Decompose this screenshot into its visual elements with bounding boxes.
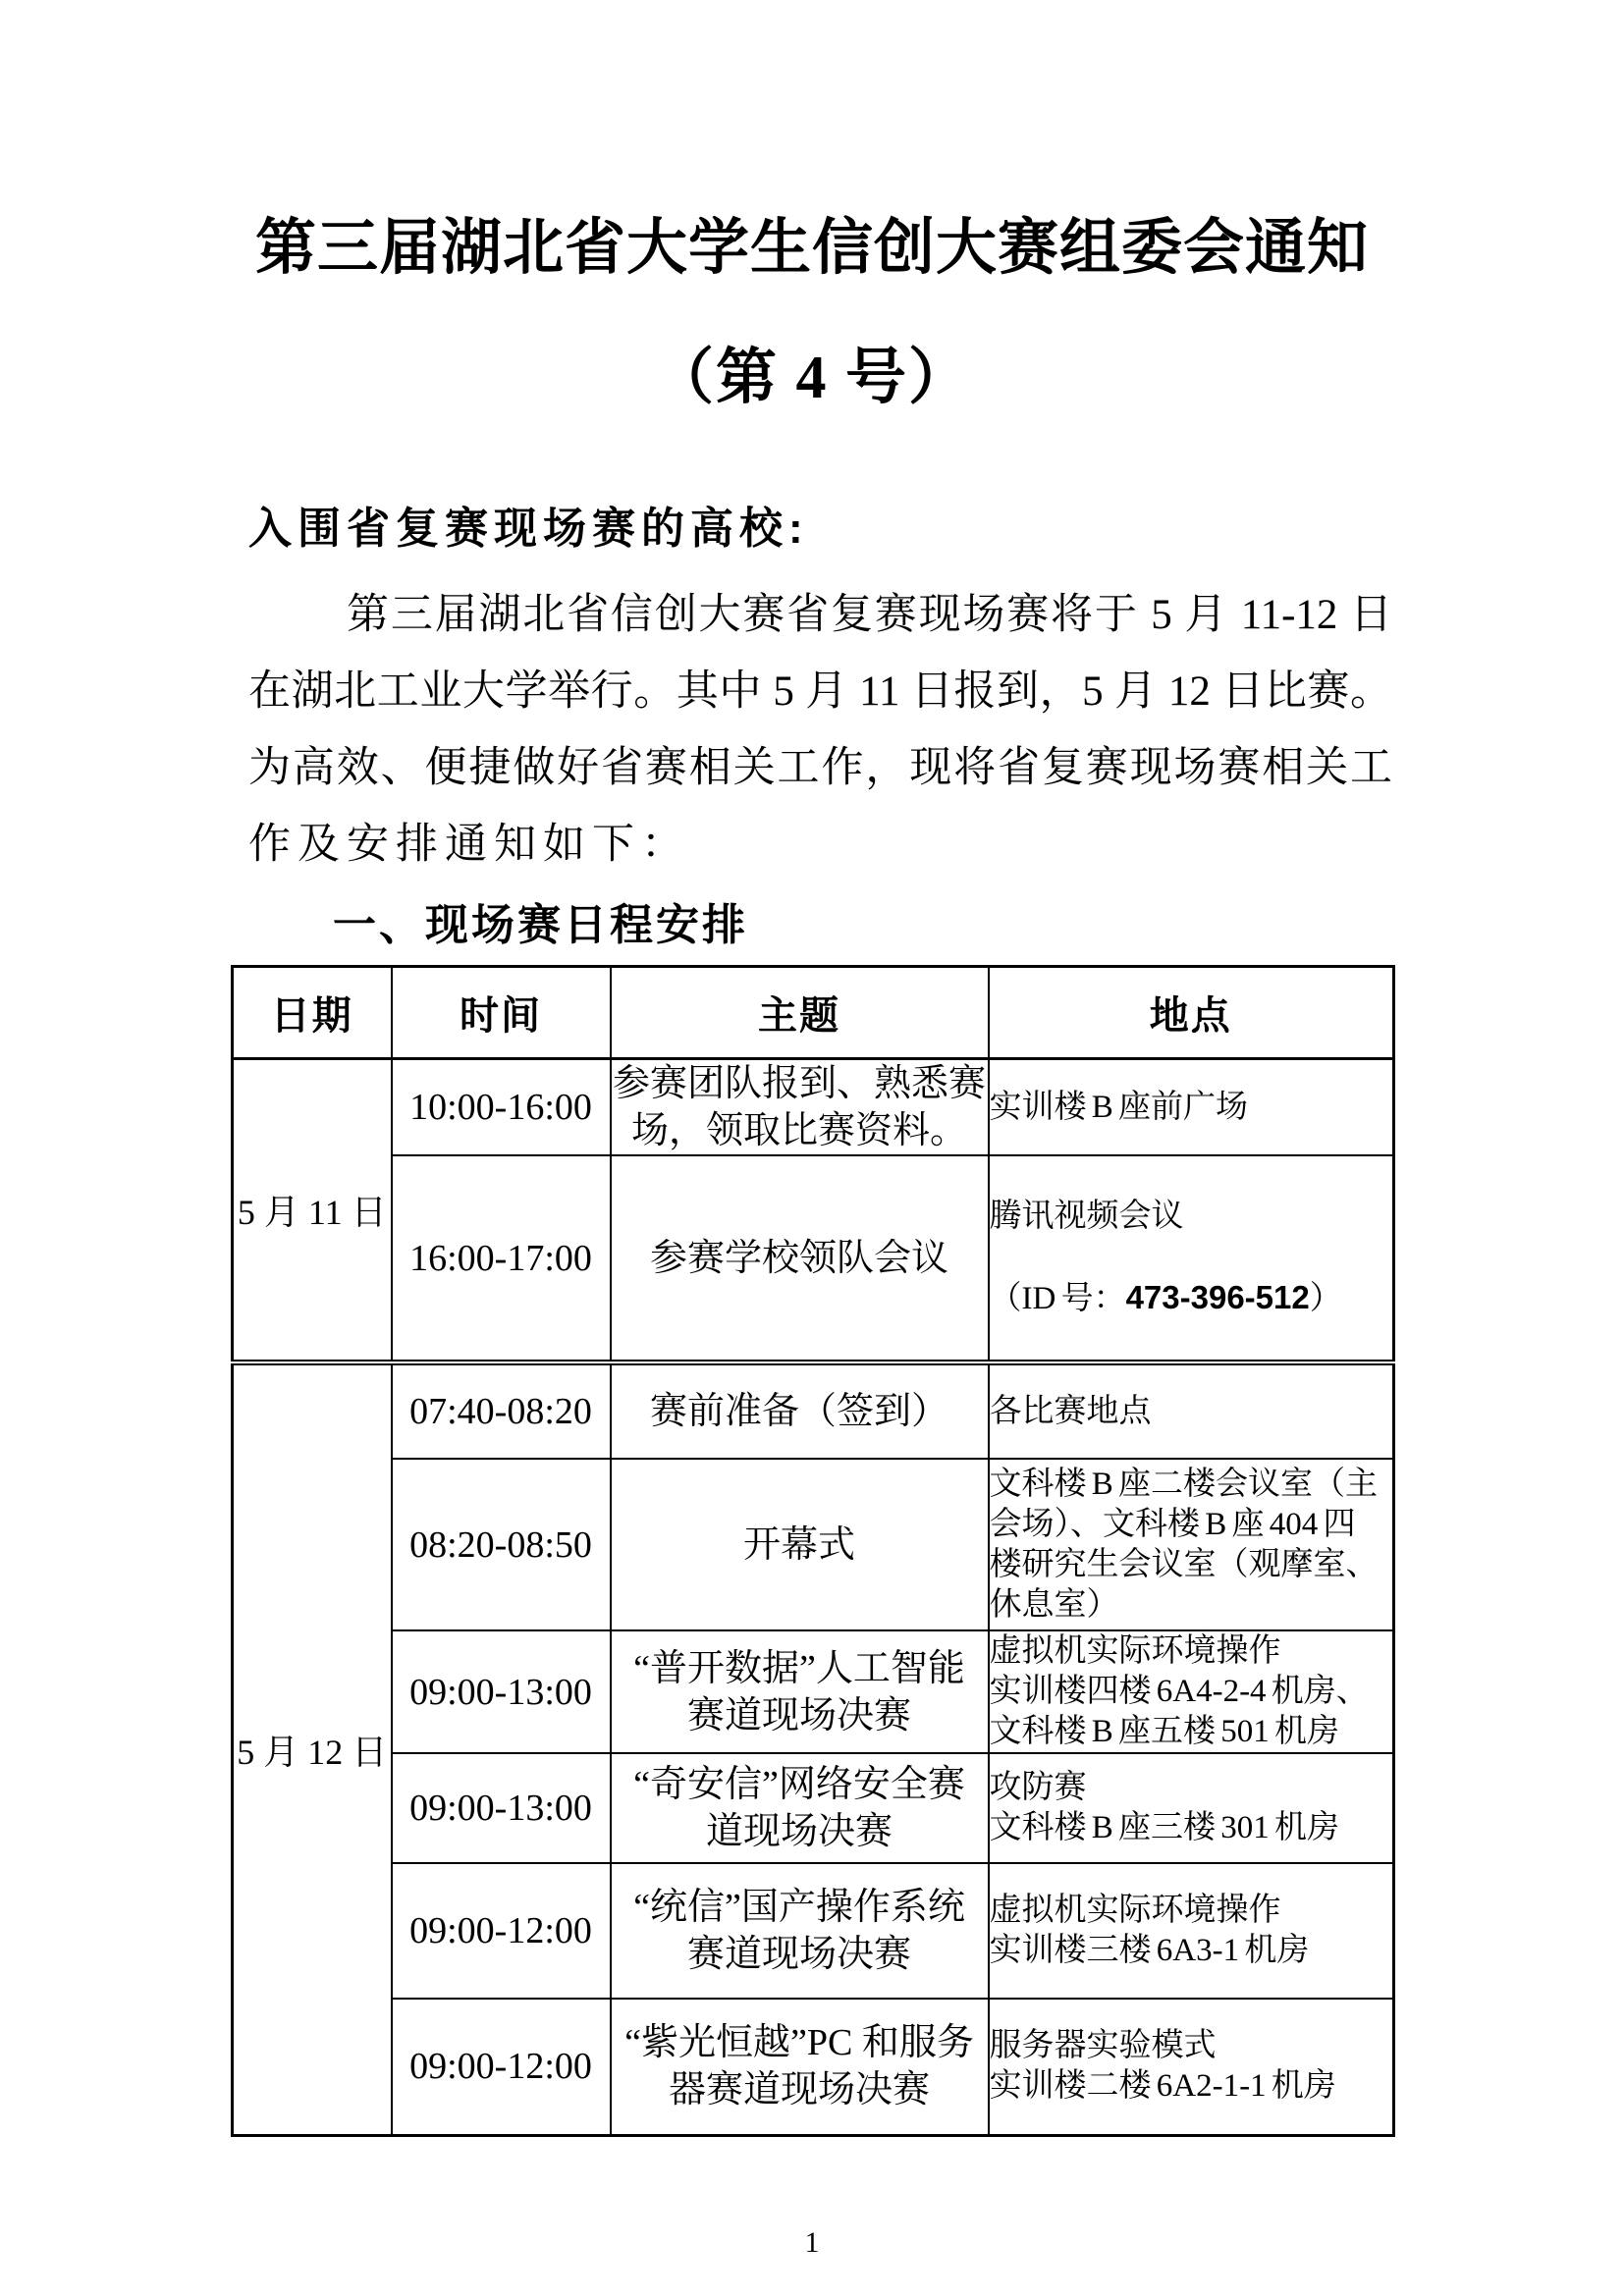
paragraph-line-1: 第三届湖北省信创大赛省复赛现场赛将于 5 月 11-12 日 [248, 577, 1392, 654]
location-cell: 虚拟机实际环境操作 实训楼四楼 6A4-2-4 机房、 文科楼 B 座五楼 50… [989, 1630, 1394, 1753]
topic-cell: “统信”国产操作系统 赛道现场决赛 [611, 1863, 989, 1999]
table-row: 5 月 12 日 07:40-08:20 赛前准备（签到） 各比赛地点 [233, 1362, 1394, 1459]
topic-cell: 开幕式 [611, 1459, 989, 1630]
topic-cell: 参赛团队报到、熟悉赛 场，领取比赛资料。 [611, 1059, 989, 1156]
location-cell: 文科楼 B 座二楼会议室（主 会场）、文科楼 B 座 404 四 楼研究生会议室… [989, 1459, 1394, 1630]
date-cell-may-12: 5 月 12 日 [233, 1362, 392, 2135]
topic-cell: 参赛学校领队会议 [611, 1155, 989, 1362]
table-row: 09:00-13:00 “奇安信”网络安全赛 道现场决赛 攻防赛 文科楼 B 座… [233, 1753, 1394, 1863]
time-cell: 09:00-13:00 [392, 1753, 611, 1863]
location-line: 腾讯视频会议 [990, 1197, 1393, 1237]
meeting-id-line: （ID 号：473-396-512） [990, 1277, 1393, 1319]
schedule-table: 日期 时间 主题 地点 5 月 11 日 10:00-16:00 参赛团队报到、… [231, 965, 1395, 2137]
table-header-time: 时间 [392, 967, 611, 1059]
intro-paragraph: 第三届湖北省信创大赛省复赛现场赛将于 5 月 11-12 日 在湖北工业大学举行… [248, 577, 1392, 883]
table-row: 09:00-12:00 “紫光恒越”PC 和服务 器赛道现场决赛 服务器实验模式… [233, 1999, 1394, 2135]
location-cell: 攻防赛 文科楼 B 座三楼 301 机房 [989, 1753, 1394, 1863]
document-page: 第三届湖北省大学生信创大赛组委会通知 （第 4 号） 入围省复赛现场赛的高校: … [0, 0, 1624, 2296]
document-subtitle: （第 4 号） [0, 336, 1624, 420]
time-cell: 09:00-12:00 [392, 1999, 611, 2135]
time-cell: 09:00-12:00 [392, 1863, 611, 1999]
table-header-location: 地点 [989, 967, 1394, 1059]
location-cell: 各比赛地点 [989, 1362, 1394, 1459]
table-row: 5 月 11 日 10:00-16:00 参赛团队报到、熟悉赛 场，领取比赛资料… [233, 1059, 1394, 1156]
table-row: 08:20-08:50 开幕式 文科楼 B 座二楼会议室（主 会场）、文科楼 B… [233, 1459, 1394, 1630]
table-row: 16:00-17:00 参赛学校领队会议 腾讯视频会议 （ID 号：473-39… [233, 1155, 1394, 1362]
time-cell: 16:00-17:00 [392, 1155, 611, 1362]
salutation: 入围省复赛现场赛的高校: [248, 501, 1392, 558]
time-cell: 10:00-16:00 [392, 1059, 611, 1156]
meeting-id-number: 473-396-512 [1126, 1279, 1310, 1315]
time-cell: 09:00-13:00 [392, 1630, 611, 1753]
table-row: 09:00-12:00 “统信”国产操作系统 赛道现场决赛 虚拟机实际环境操作 … [233, 1863, 1394, 1999]
location-cell: 虚拟机实际环境操作 实训楼三楼 6A3-1 机房 [989, 1863, 1394, 1999]
time-cell: 08:20-08:50 [392, 1459, 611, 1630]
table-header-topic: 主题 [611, 967, 989, 1059]
meeting-id-suffix: ） [1310, 1281, 1342, 1316]
topic-cell: “奇安信”网络安全赛 道现场决赛 [611, 1753, 989, 1863]
document-title: 第三届湖北省大学生信创大赛组委会通知 [59, 206, 1565, 291]
paragraph-line-2: 在湖北工业大学举行。其中 5 月 11 日报到，5 月 12 日比赛。 [248, 654, 1392, 730]
table-row: 09:00-13:00 “普开数据”人工智能 赛道现场决赛 虚拟机实际环境操作 … [233, 1630, 1394, 1753]
topic-cell: “普开数据”人工智能 赛道现场决赛 [611, 1630, 989, 1753]
page-number: 1 [0, 2223, 1624, 2263]
time-cell: 07:40-08:20 [392, 1362, 611, 1459]
document-body: 入围省复赛现场赛的高校: 第三届湖北省信创大赛省复赛现场赛将于 5 月 11-1… [248, 501, 1392, 2137]
topic-cell: “紫光恒越”PC 和服务 器赛道现场决赛 [611, 1999, 989, 2135]
section-heading-schedule: 一、现场赛日程安排 [333, 897, 1392, 954]
topic-cell: 赛前准备（签到） [611, 1362, 989, 1459]
location-cell: 腾讯视频会议 （ID 号：473-396-512） [989, 1155, 1394, 1362]
meeting-id-prefix: （ID 号： [990, 1281, 1126, 1316]
paragraph-line-3: 为高效、便捷做好省赛相关工作，现将省复赛现场赛相关工 [248, 730, 1392, 807]
location-cell: 服务器实验模式 实训楼二楼 6A2-1-1 机房 [989, 1999, 1394, 2135]
paragraph-line-4: 作及安排通知如下： [248, 807, 1392, 883]
location-cell: 实训楼 B 座前广场 [989, 1059, 1394, 1156]
table-header-date: 日期 [233, 967, 392, 1059]
table-header-row: 日期 时间 主题 地点 [233, 967, 1394, 1059]
date-cell-may-11: 5 月 11 日 [233, 1059, 392, 1363]
